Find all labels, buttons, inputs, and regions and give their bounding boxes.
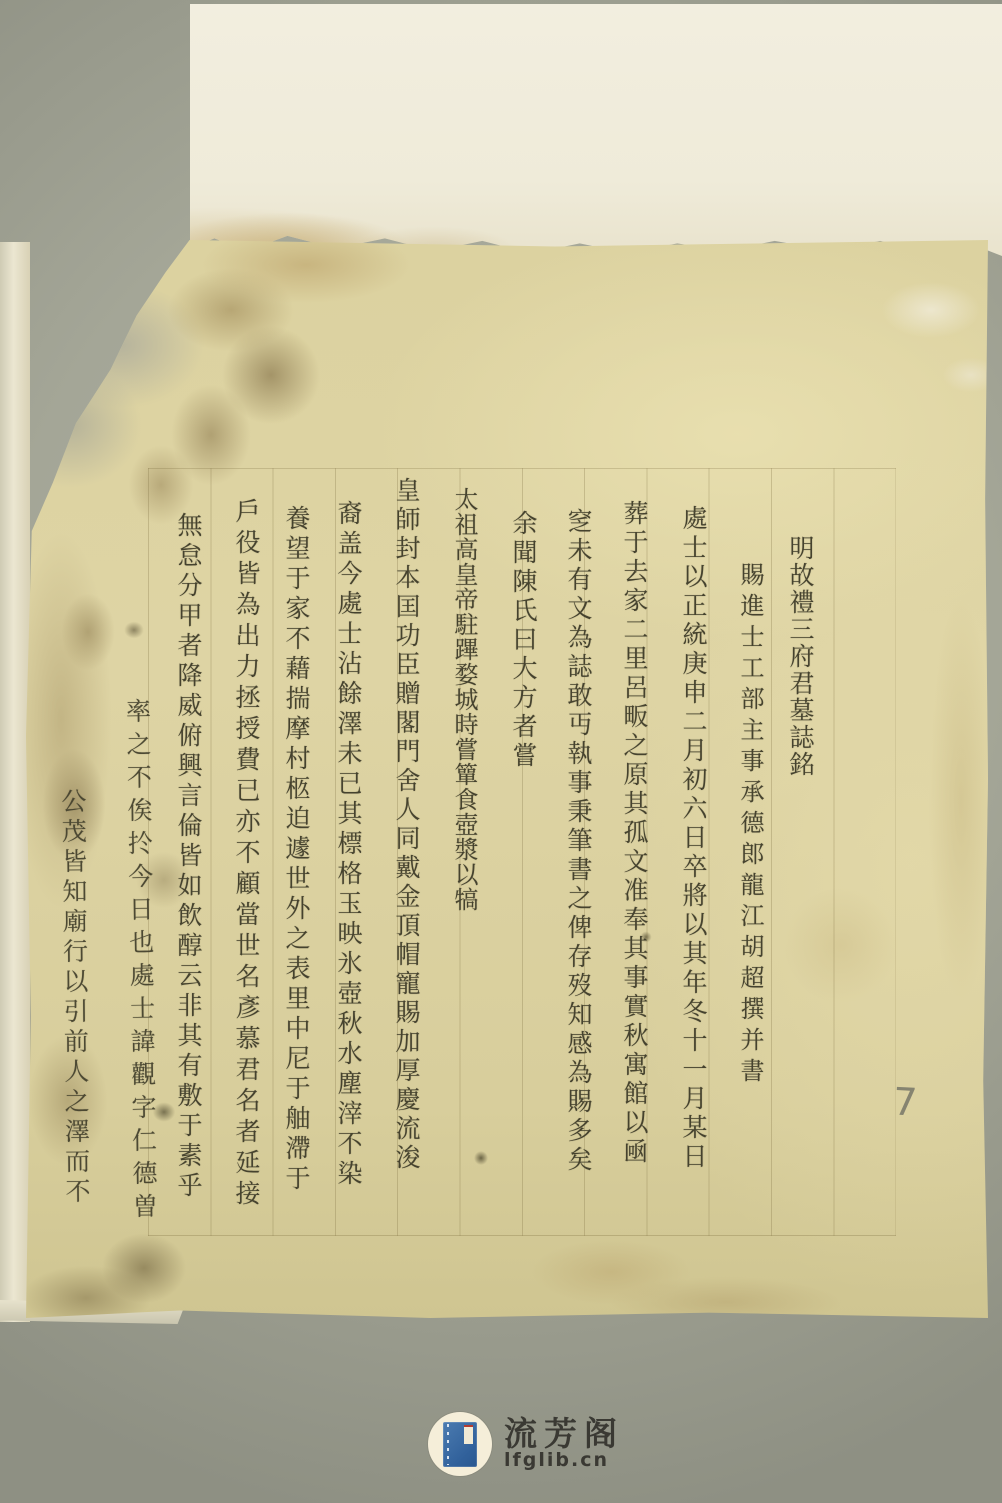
text-column-title: 明故禮三府君墓誌銘 [782,535,818,778]
text-column-6: 余聞陳氏曰大方者嘗 [505,510,541,771]
watermark-badge [428,1412,492,1476]
text-column-4: 葬于去家二里呂畈之原其孤文准奉其事實秋寓館以凾 [616,500,652,1167]
book-title-label [464,1425,473,1444]
text-column-13-damaged: 率之不俟扵今日也處士諱觀字仁德曽 [118,698,161,1226]
text-column-10: 養望于家不藉揣摩村柩迫遽世外之表里中尼于舳滯于 [278,505,314,1195]
text-column-14-damaged: 公茂皆知廟行以引前人之澤而不 [54,788,94,1208]
text-column-8: 皇師封本囯功臣贈閣門舍人同戴金頂帽寵賜加厚慶流浚 [388,477,424,1173]
text-column-9: 裔盖今處士沾餘澤未已其標格玉映氷壺秋水塵滓不染 [330,500,366,1190]
stitched-book-icon [443,1422,477,1467]
text-column-12: 無怠分甲者降威俯興言倫皆如飲醇云非其有敷于素乎 [170,512,206,1202]
watermark-site-url: lfglib.cn [504,1451,624,1471]
site-watermark: 流芳阁 lfglib.cn [428,1412,624,1476]
pencil-page-number: 7 [892,1079,918,1124]
previous-page-edge [190,4,1002,256]
text-column-5: 窆未有文為誌敢丏執事秉筆書之俾存歿知感為賜多矣 [560,508,596,1175]
book-binding-edge [0,242,30,1322]
scanned-manuscript-view: 明故禮三府君墓誌銘 賜進士工部主事承德郎龍江胡超撰并書 處士以正統庚申二月初六日… [0,0,1002,1503]
text-column-11: 戶役皆為出力拯授費已亦不顧當世名彥慕君名者延接 [228,498,264,1211]
text-column-author: 賜進士工部主事承德郎龍江胡超撰并書 [733,562,768,1089]
text-column-7: 太祖高皇帝駐蹕婺城時嘗簞食壺漿以犒 [447,487,482,912]
book-stitching [447,1424,449,1465]
watermark-site-name: 流芳阁 [504,1417,624,1452]
watermark-text: 流芳阁 lfglib.cn [504,1417,624,1472]
text-column-3: 處士以正統庚申二月初六日卒將以其年冬十一月某日 [675,505,711,1172]
